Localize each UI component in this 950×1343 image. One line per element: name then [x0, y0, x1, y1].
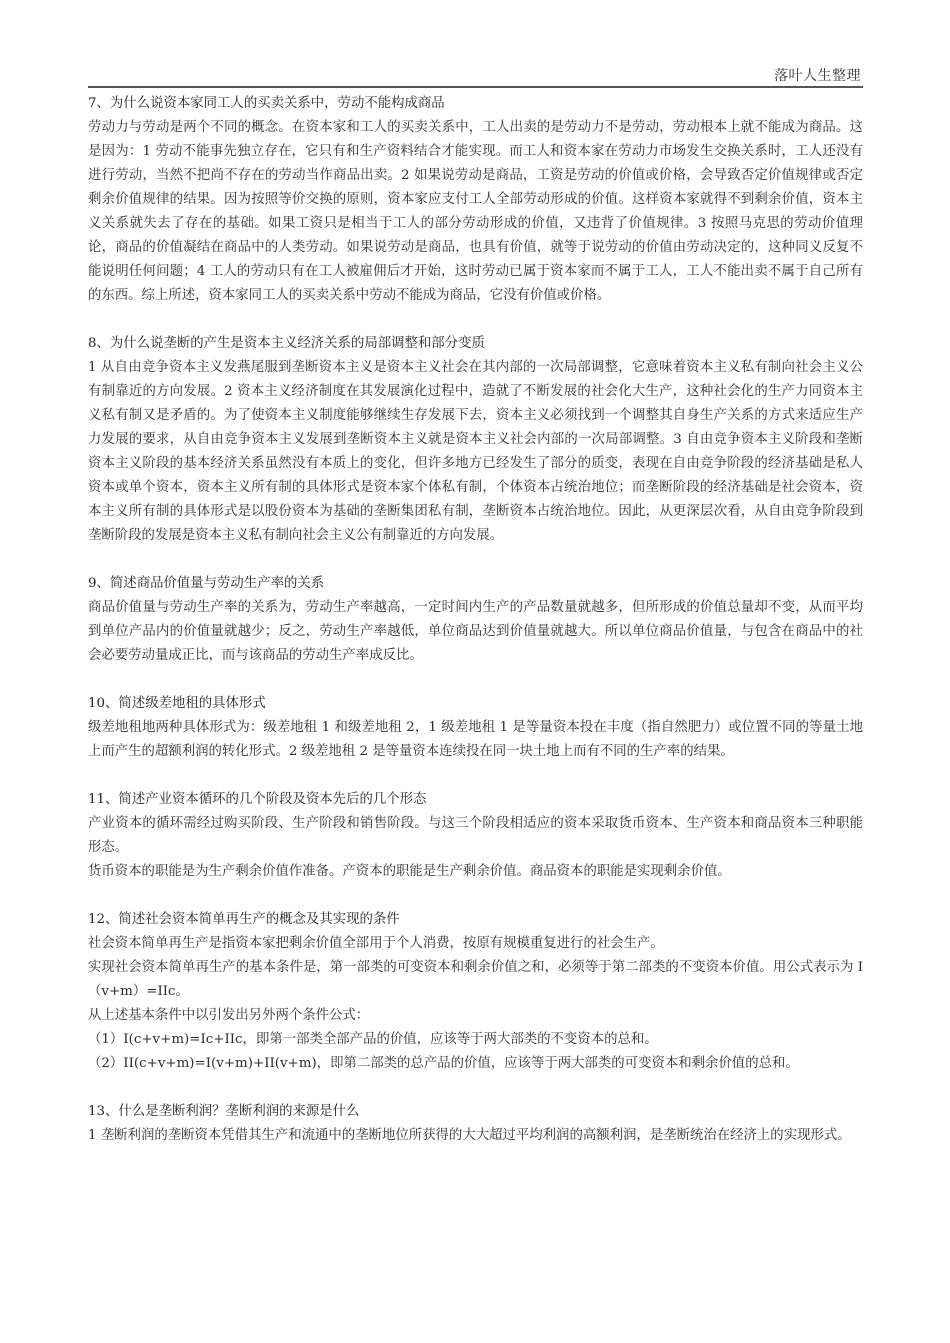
section-title: 12、简述社会资本简单再生产的概念及其实现的条件: [88, 908, 863, 932]
formula-item: （2）II(c+v+m)=I(v+m)+II(v+m)，即第二部类的总产品的价值…: [88, 1052, 863, 1076]
formula-item: （1）I(c+v+m)=Ic+IIc，即第一部类全部产品的价值，应该等于两大部类…: [88, 1028, 863, 1052]
section-10: 10、简述级差地租的具体形式 级差地租地两种具体形式为：级差地租 1 和级差地租…: [88, 692, 863, 764]
section-12: 12、简述社会资本简单再生产的概念及其实现的条件 社会资本简单再生产是指资本家把…: [88, 908, 863, 1076]
paragraph: 1 从自由竞争资本主义发燕尾服到垄断资本主义是资本主义社会在其内部的一次局部调整…: [88, 356, 863, 548]
paragraph: 产业资本的循环需经过购买阶段、生产阶段和销售阶段。与这三个阶段相适应的资本采取货…: [88, 812, 863, 860]
paragraph: 社会资本简单再生产是指资本家把剩余价值全部用于个人消费，按原有规模重复进行的社会…: [88, 932, 863, 956]
section-title: 13、什么是垄断利润？垄断利润的来源是什么: [88, 1100, 863, 1124]
document-page: 落叶人生整理 7、为什么说资本家同工人的买卖关系中，劳动不能构成商品 劳动力与劳…: [88, 62, 863, 1172]
paragraph: 商品价值量与劳动生产率的关系为，劳动生产率越高，一定时间内生产的产品数量就越多，…: [88, 596, 863, 668]
paragraph: 货币资本的职能是为生产剩余价值作准备。产资本的职能是生产剩余价值。商品资本的职能…: [88, 860, 863, 884]
section-title: 8、为什么说垄断的产生是资本主义经济关系的局部调整和部分变质: [88, 332, 863, 356]
header-title: 落叶人生整理: [774, 65, 861, 85]
paragraph: 从上述基本条件中以引发出另外两个条件公式：: [88, 1004, 863, 1028]
section-11: 11、简述产业资本循环的几个阶段及资本先后的几个形态 产业资本的循环需经过购买阶…: [88, 788, 863, 884]
paragraph: 实现社会资本简单再生产的基本条件是，第一部类的可变资本和剩余价值之和，必须等于第…: [88, 956, 863, 1004]
page-header: 落叶人生整理: [88, 62, 863, 88]
section-title: 7、为什么说资本家同工人的买卖关系中，劳动不能构成商品: [88, 92, 863, 116]
section-title: 10、简述级差地租的具体形式: [88, 692, 863, 716]
section-7: 7、为什么说资本家同工人的买卖关系中，劳动不能构成商品 劳动力与劳动是两个不同的…: [88, 92, 863, 308]
section-13: 13、什么是垄断利润？垄断利润的来源是什么 1 垄断利润的垄断资本凭借其生产和流…: [88, 1100, 863, 1148]
section-title: 9、简述商品价值量与劳动生产率的关系: [88, 572, 863, 596]
paragraph: 劳动力与劳动是两个不同的概念。在资本家和工人的买卖关系中，工人出卖的是劳动力不是…: [88, 116, 863, 308]
section-title: 11、简述产业资本循环的几个阶段及资本先后的几个形态: [88, 788, 863, 812]
paragraph: 1 垄断利润的垄断资本凭借其生产和流通中的垄断地位所获得的大大超过平均利润的高额…: [88, 1124, 863, 1148]
paragraph: 级差地租地两种具体形式为：级差地租 1 和级差地租 2，1 级差地租 1 是等量…: [88, 716, 863, 764]
section-8: 8、为什么说垄断的产生是资本主义经济关系的局部调整和部分变质 1 从自由竞争资本…: [88, 332, 863, 548]
section-9: 9、简述商品价值量与劳动生产率的关系 商品价值量与劳动生产率的关系为，劳动生产率…: [88, 572, 863, 668]
